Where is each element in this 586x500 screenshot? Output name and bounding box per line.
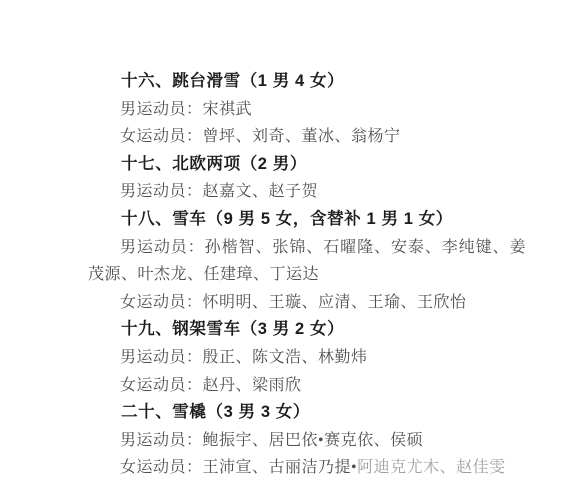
athlete-line-female: 女运动员：王沛宣、古丽洁乃提•阿迪克尤木、赵佳雯 — [88, 454, 526, 482]
section-heading-skeleton: 十九、钢架雪车（3 男 2 女） — [88, 316, 526, 344]
section-heading-bobsled: 十八、雪车（9 男 5 女，含替补 1 男 1 女） — [88, 206, 526, 234]
athlete-line-female: 女运动员：怀明明、王璇、应清、王瑜、王欣怡 — [88, 289, 526, 317]
athlete-line-male: 男运动员：宋祺武 — [88, 96, 526, 124]
section-heading-nordic-combined: 十七、北欧两项（2 男） — [88, 151, 526, 179]
athlete-line-female: 女运动员：曾坪、刘奇、董冰、翁杨宁 — [88, 123, 526, 151]
athlete-line-female-start: 女运动员：王沛宣、古丽洁乃提• — [120, 459, 357, 476]
athlete-line-female-distorted-tail: 阿迪克尤木、赵佳雯 — [357, 459, 506, 476]
athlete-line-male: 男运动员：殷正、陈文浩、林勤炜 — [88, 344, 526, 372]
athlete-line-male: 男运动员：鲍振宇、居巴依•赛克依、侯硕 — [88, 427, 526, 455]
section-heading-ski-jumping: 十六、跳台滑雪（1 男 4 女） — [88, 68, 526, 96]
section-heading-luge: 二十、雪橇（3 男 3 女） — [88, 399, 526, 427]
athlete-line-male: 男运动员：孙楷智、张锦、石曜隆、安泰、李纯键、姜茂源、叶杰龙、任建璋、丁运达 — [88, 234, 526, 289]
document-page: 十六、跳台滑雪（1 男 4 女） 男运动员：宋祺武 女运动员：曾坪、刘奇、董冰、… — [0, 0, 586, 500]
athlete-line-male: 男运动员：赵嘉文、赵子贺 — [88, 178, 526, 206]
athlete-line-female: 女运动员：赵丹、梁雨欣 — [88, 372, 526, 400]
